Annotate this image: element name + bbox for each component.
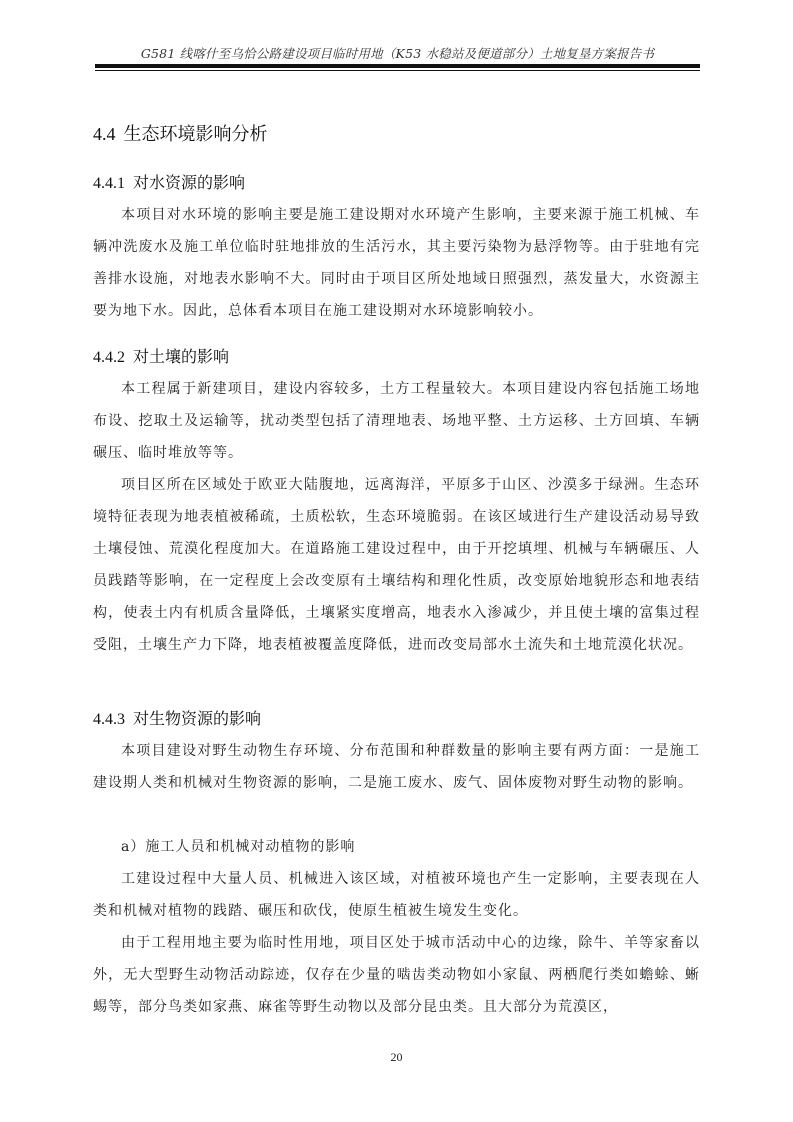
document-page: G581 线喀什至乌恰公路建设项目临时用地（K53 水稳站及便道部分）土地复垦方… xyxy=(0,0,793,1122)
paragraph: 本工程属于新建项目，建设内容较多，土方工程量较大。本项目建设内容包括施工场地布设… xyxy=(93,373,700,469)
subsection-number: 4.4.3 xyxy=(93,711,125,728)
header-rule-thick xyxy=(95,64,700,68)
subsection-title: 对生物资源的影响 xyxy=(133,709,261,728)
section-heading: 4.4生态环境影响分析 xyxy=(93,120,268,146)
paragraph: 工建设过程中大量人员、机械进入该区域，对植被环境也产生一定影响，主要表现在人类和… xyxy=(93,863,700,927)
section-title: 生态环境影响分析 xyxy=(124,124,268,145)
paragraph: 本项目建设对野生动物生存环境、分布范围和种群数量的影响主要有两方面：一是施工建设… xyxy=(93,735,700,799)
subsection-number: 4.4.2 xyxy=(93,349,125,366)
paragraph: 项目区所在区域处于欧亚大陆腹地，远离海洋，平原多于山区、沙漠多于绿洲。生态环境特… xyxy=(93,469,700,661)
paragraph: 由于工程用地主要为临时性用地，项目区处于城市活动中心的边缘，除牛、羊等家畜以外，… xyxy=(93,927,700,1023)
subsection-heading-4-4-1: 4.4.1对水资源的影响 xyxy=(93,170,245,193)
subsection-heading-4-4-3: 4.4.3对生物资源的影响 xyxy=(93,706,261,729)
section-number: 4.4 xyxy=(93,124,116,144)
running-header: G581 线喀什至乌恰公路建设项目临时用地（K53 水稳站及便道部分）土地复垦方… xyxy=(95,44,700,62)
subsection-number: 4.4.1 xyxy=(93,175,125,192)
list-item-heading: a）施工人员和机械对动植物的影响 xyxy=(93,831,700,863)
page-number: 20 xyxy=(0,1050,793,1065)
header-rule-thin xyxy=(95,70,700,71)
subsection-title: 对水资源的影响 xyxy=(133,173,245,192)
subsection-title: 对土壤的影响 xyxy=(133,347,229,366)
subsection-heading-4-4-2: 4.4.2对土壤的影响 xyxy=(93,344,229,367)
paragraph: 本项目对水环境的影响主要是施工建设期对水环境产生影响，主要来源于施工机械、车辆冲… xyxy=(93,199,700,327)
